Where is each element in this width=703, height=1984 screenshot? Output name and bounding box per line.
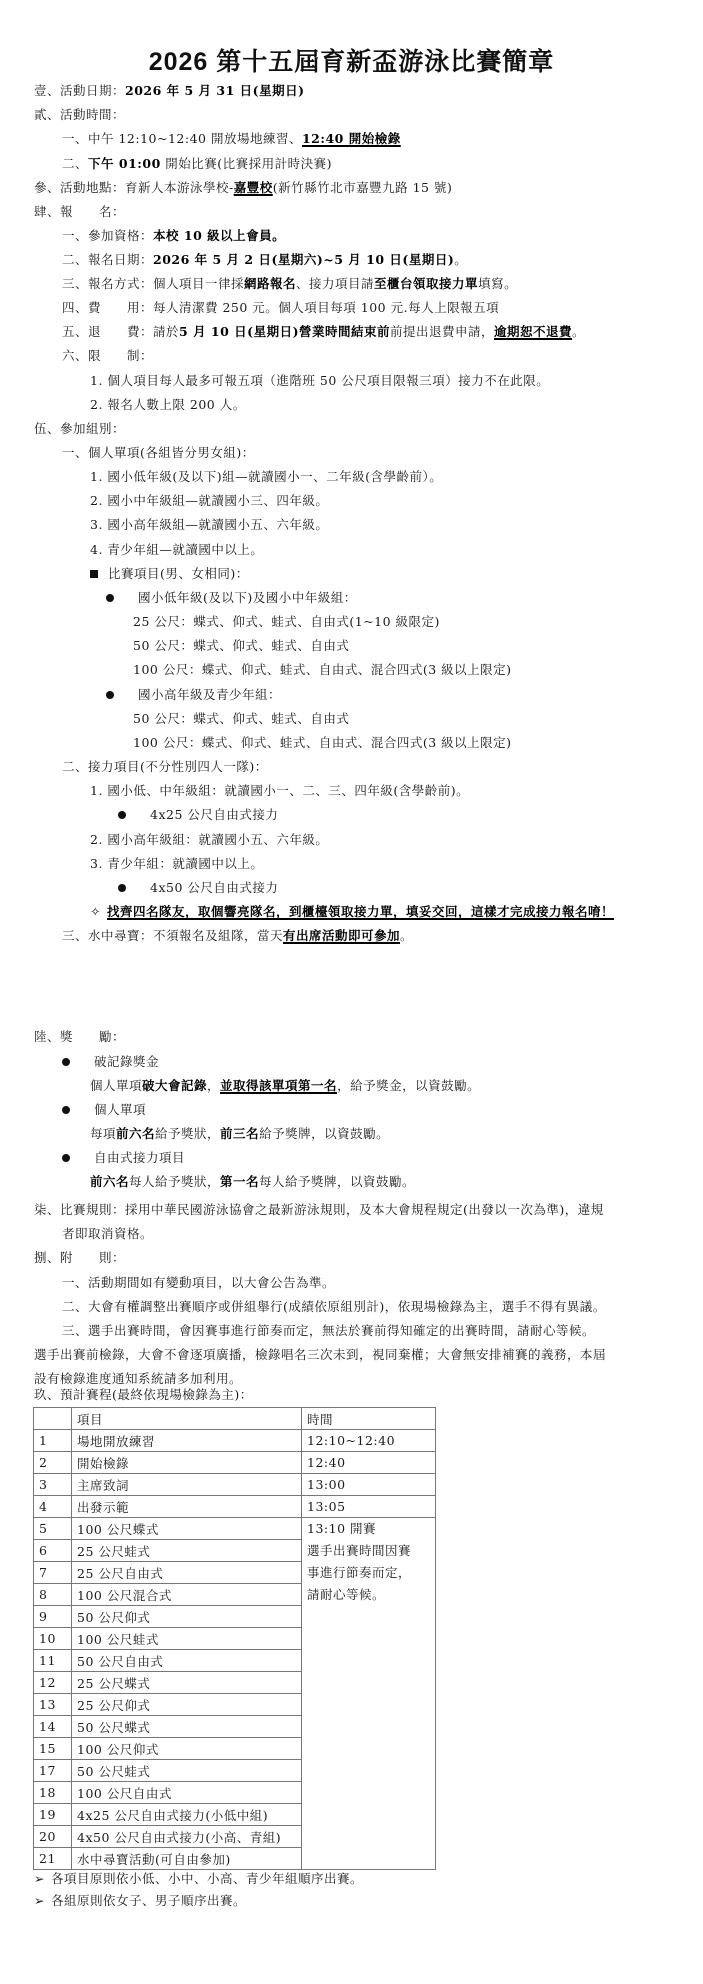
row-no: 14 xyxy=(34,1716,72,1738)
group-4: 4. 青少年組—就讀國中以上。 xyxy=(90,541,263,559)
events-upper-youth-100m: 100 公尺：蝶式、仰式、蛙式、自由式、混合四式(3 級以上限定) xyxy=(133,734,512,752)
events-upper-youth-50m: 50 公尺：蝶式、仰式、蛙式、自由式 xyxy=(133,710,349,728)
row-item: 50 公尺仰式 xyxy=(72,1606,302,1628)
schedule-footnote-2-text: 各組原則依女子、男子順序出賽。 xyxy=(51,1893,246,1908)
row-item: 4x25 公尺自由式接力(小低中組) xyxy=(72,1804,302,1826)
reg-method-mid: 、接力項目請 xyxy=(296,276,374,291)
reg-method-counter: 至櫃台領取接力單 xyxy=(374,276,478,291)
row-item: 25 公尺蛙式 xyxy=(72,1540,302,1562)
row-no: 20 xyxy=(34,1826,72,1848)
row-item: 25 公尺仰式 xyxy=(72,1694,302,1716)
row-no: 21 xyxy=(34,1848,72,1870)
award-record-desc: 個人單項破大會記錄，並取得該單項第一名，給予獎金，以資鼓勵。 xyxy=(90,1077,480,1095)
bullet-icon xyxy=(106,594,114,602)
award-text: 給予獎牌，以資鼓勵。 xyxy=(259,1126,389,1141)
table-row: 4出發示範13:05 xyxy=(34,1496,436,1518)
award-emphasis: 並取得該單項第一名 xyxy=(220,1078,337,1093)
time-item-1-text: 一、中午 12:10~12:40 開放場地練習、 xyxy=(62,131,302,146)
row-no: 1 xyxy=(34,1430,72,1452)
row-item: 水中尋寶活動(可自由參加) xyxy=(72,1848,302,1870)
rules-line-1: 柒、比賽規則：採用中華民國游泳協會之最新游泳規則，及本大會規程規定(出發以一次為… xyxy=(34,1201,604,1219)
treasure-hunt: 三、水中尋寶：不須報名及組隊，當天有出席活動即可參加。 xyxy=(62,927,413,945)
events-upper-youth: 國小高年級及青少年組： xyxy=(106,686,281,704)
relay-note: ✧找齊四名隊友，取個響亮隊名，到櫃檯領取接力單，填妥交回，這樣才完成接力報名唷！ xyxy=(90,903,614,921)
appendix-1: 一、活動期間如有變動項目，以大會公告為準。 xyxy=(62,1274,335,1292)
schedule-footnote-2: ➢各組原則依女子、男子順序出賽。 xyxy=(34,1892,246,1910)
relay-group-3-event: 4x50 公尺自由式接力 xyxy=(118,879,278,897)
bullet-icon xyxy=(62,1154,70,1162)
rules-line-2: 者即取消資格。 xyxy=(62,1225,153,1243)
award-record-label: 破記錄獎金 xyxy=(94,1054,159,1069)
venue-branch: 嘉豐校 xyxy=(234,180,273,195)
row-no: 2 xyxy=(34,1452,72,1474)
row-time: 12:40 xyxy=(302,1452,436,1474)
row-item: 50 公尺蝶式 xyxy=(72,1716,302,1738)
time-item-1-emphasis: 12:40 開始檢錄 xyxy=(302,131,401,146)
relay-group-3: 3. 青少年組：就讀國中以上。 xyxy=(90,855,263,873)
relay-group-1-event-text: 4x25 公尺自由式接力 xyxy=(150,807,278,822)
arrow-bullet-icon: ➢ xyxy=(34,1871,45,1886)
punct: 。 xyxy=(400,928,413,943)
reg-eligibility-label: 一、參加資格： xyxy=(62,228,153,243)
row-no: 6 xyxy=(34,1540,72,1562)
section-venue: 參、活動地點：育新人本游泳學校-嘉豐校(新竹縣竹北市嘉豐九路 15 號) xyxy=(34,179,452,197)
row-time: 13:05 xyxy=(302,1496,436,1518)
bullet-icon xyxy=(118,884,126,892)
table-row: 2開始檢錄12:40 xyxy=(34,1452,436,1474)
award-individual-desc: 每項前六名給予獎狀，前三名給予獎牌，以資鼓勵。 xyxy=(90,1125,389,1143)
row-no: 15 xyxy=(34,1738,72,1760)
row-item: 100 公尺自由式 xyxy=(72,1782,302,1804)
row-item: 4x50 公尺自由式接力(小高、青組) xyxy=(72,1826,302,1848)
time-item-2: 二、下午 01:00 開始比賽(比賽採用計時決賽) xyxy=(62,155,332,173)
table-row: 3主席致詞13:00 xyxy=(34,1474,436,1496)
venue-label: 參、活動地點：育新人本游泳學校- xyxy=(34,180,234,195)
treasure-hunt-label: 三、水中尋寶：不須報名及組隊，當天 xyxy=(62,928,283,943)
relay-group-2: 2. 國小高年級組：就讀國小五、六年級。 xyxy=(90,831,328,849)
award-text: ，給予獎金，以資鼓勵。 xyxy=(337,1078,480,1093)
time-item-1: 一、中午 12:10~12:40 開放場地練習、12:40 開始檢錄 xyxy=(62,130,401,148)
venue-address: (新竹縣竹北市嘉豐九路 15 號) xyxy=(273,180,453,195)
individual-events-label: 一、個人單項(各組皆分男女組)： xyxy=(62,444,255,462)
reg-dates-value: 2026 年 5 月 2 日(星期六)~5 月 10 日(星期日) xyxy=(153,252,454,267)
section-awards-label: 陸、獎 勵： xyxy=(34,1028,125,1046)
row-item: 50 公尺蛙式 xyxy=(72,1760,302,1782)
reg-dates: 二、報名日期：2026 年 5 月 2 日(星期六)~5 月 10 日(星期日)… xyxy=(62,251,467,269)
reg-eligibility-value: 本校 10 級以上會員。 xyxy=(153,228,285,243)
row-no: 5 xyxy=(34,1518,72,1540)
appendix-4a: 選手出賽前檢錄，大會不會逐項廣播，檢錄唱名三次未到，視同棄權；大會無安排補賽的義… xyxy=(34,1346,606,1364)
events-heading-text: 比賽項目(男、女相同)： xyxy=(108,566,249,581)
square-bullet-icon xyxy=(90,570,98,578)
arrow-bullet-icon: ➢ xyxy=(34,1893,45,1908)
reg-refund-label: 五、退 費：請於 xyxy=(62,324,179,339)
reg-method-label: 三、報名方式：個人項目一律採 xyxy=(62,276,244,291)
reg-eligibility: 一、參加資格：本校 10 級以上會員。 xyxy=(62,227,285,245)
row-no: 12 xyxy=(34,1672,72,1694)
bullet-icon xyxy=(106,691,114,699)
appendix-3: 三、選手出賽時間，會因賽事進行節奏而定，無法於賽前得知確定的出賽時間，請耐心等候… xyxy=(62,1322,595,1340)
schedule-footnote-1: ➢各項目原則依小低、小中、小高、青少年組順序出賽。 xyxy=(34,1870,363,1888)
table-header-row: 項目 時間 xyxy=(34,1408,436,1430)
wait-note: 選手出賽時間因賽事進行節奏而定，請耐心等候。 xyxy=(307,1540,419,1606)
reg-refund-deadline: 5 月 10 日(星期日)營業時間結束前 xyxy=(179,324,390,339)
bullet-icon xyxy=(62,1106,70,1114)
award-individual: 個人單項 xyxy=(62,1101,146,1119)
row-no: 7 xyxy=(34,1562,72,1584)
row-no: 18 xyxy=(34,1782,72,1804)
schedule-table: 項目 時間 1場地開放練習12:10~12:40 2開始檢錄12:40 3主席致… xyxy=(33,1407,436,1870)
row-no: 19 xyxy=(34,1804,72,1826)
row-time: 13:00 xyxy=(302,1474,436,1496)
row-no: 8 xyxy=(34,1584,72,1606)
relay-group-3-event-text: 4x50 公尺自由式接力 xyxy=(150,880,278,895)
relay-group-1: 1. 國小低、中年級組：就讀國小一、二、三、四年級(含學齡前)。 xyxy=(90,782,469,800)
row-no: 11 xyxy=(34,1650,72,1672)
events-lower-mid-50m: 50 公尺：蝶式、仰式、蛙式、自由式 xyxy=(133,637,349,655)
events-lower-mid-label: 國小低年級(及以下)及國小中年級組： xyxy=(138,590,357,605)
reg-limit-2: 2. 報名人數上限 200 人。 xyxy=(90,396,246,414)
row-item: 開始檢錄 xyxy=(72,1452,302,1474)
reg-limit-1: 1. 個人項目每人最多可報五項（進階班 50 公尺項目限報三項）接力不在此限。 xyxy=(90,372,549,390)
reg-refund-mid: 前提出退費申請， xyxy=(390,324,494,339)
punct: 。 xyxy=(454,252,467,267)
treasure-hunt-emphasis: 有出席活動即可參加 xyxy=(283,928,400,943)
award-emphasis: 破大會記錄 xyxy=(142,1078,207,1093)
merged-time-note: 13:10 開賽 選手出賽時間因賽事進行節奏而定，請耐心等候。 xyxy=(302,1518,436,1870)
reg-limits-label: 六、限 制： xyxy=(62,347,153,365)
section-registration-label: 肆、報 名： xyxy=(34,203,125,221)
award-text: 每人給予獎狀， xyxy=(129,1174,220,1189)
reg-method-online: 網路報名 xyxy=(244,276,296,291)
bullet-icon xyxy=(118,811,126,819)
award-relay: 自由式接力項目 xyxy=(62,1149,185,1167)
header-item: 項目 xyxy=(72,1408,302,1430)
header-time: 時間 xyxy=(302,1408,436,1430)
row-item: 出發示範 xyxy=(72,1496,302,1518)
row-no: 4 xyxy=(34,1496,72,1518)
award-text: ， xyxy=(207,1078,220,1093)
page-title: 2026 第十五屆育新盃游泳比賽簡章 xyxy=(0,42,703,78)
section-appendix-label: 捌、附 則： xyxy=(34,1249,125,1267)
schedule-footnote-1-text: 各項目原則依小低、小中、小高、青少年組順序出賽。 xyxy=(51,1871,363,1886)
events-heading: 比賽項目(男、女相同)： xyxy=(90,565,249,583)
reg-dates-label: 二、報名日期： xyxy=(62,252,153,267)
row-time: 12:10~12:40 xyxy=(302,1430,436,1452)
row-item: 100 公尺混合式 xyxy=(72,1584,302,1606)
row-no: 17 xyxy=(34,1760,72,1782)
row-item: 100 公尺仰式 xyxy=(72,1738,302,1760)
group-1: 1. 國小低年級(及以下)組—就讀國小一、二年級(含學齡前）。 xyxy=(90,468,442,486)
row-item: 50 公尺自由式 xyxy=(72,1650,302,1672)
header-no xyxy=(34,1408,72,1430)
reg-refund-warning: 逾期恕不退費 xyxy=(494,324,572,339)
award-emphasis: 前六名 xyxy=(90,1174,129,1189)
award-text: 給予獎狀， xyxy=(155,1126,220,1141)
events-lower-mid-25m: 25 公尺：蝶式、仰式、蛙式、自由式(1~10 級限定) xyxy=(133,613,440,631)
award-individual-label: 個人單項 xyxy=(94,1102,146,1117)
award-text: 個人單項 xyxy=(90,1078,142,1093)
row-no: 3 xyxy=(34,1474,72,1496)
row-item: 25 公尺自由式 xyxy=(72,1562,302,1584)
row-item: 場地開放練習 xyxy=(72,1430,302,1452)
punct: 。 xyxy=(572,324,585,339)
section-time-label: 貳、活動時間： xyxy=(34,106,125,124)
row-item: 100 公尺蛙式 xyxy=(72,1628,302,1650)
time-item-2-prefix: 二、 xyxy=(62,156,88,171)
section-groups-label: 伍、參加組別： xyxy=(34,420,125,438)
section-date-value: 2026 年 5 月 31 日(星期日) xyxy=(125,83,304,98)
bullet-icon xyxy=(62,1058,70,1066)
group-2: 2. 國小中年級組—就讀國小三、四年級。 xyxy=(90,492,328,510)
award-text: 每人給予獎牌，以資鼓勵。 xyxy=(259,1174,415,1189)
reg-refund: 五、退 費：請於5 月 10 日(星期日)營業時間結束前前提出退費申請，逾期恕不… xyxy=(62,323,585,341)
events-lower-mid-100m: 100 公尺：蝶式、仰式、蛙式、自由式、混合四式(3 級以上限定) xyxy=(133,661,512,679)
reg-method-post: 填寫。 xyxy=(478,276,517,291)
section-date-label: 壹、活動日期： xyxy=(34,83,125,98)
relay-group-1-event: 4x25 公尺自由式接力 xyxy=(118,806,278,824)
start-time: 13:10 開賽 xyxy=(307,1518,431,1540)
events-upper-youth-label: 國小高年級及青少年組： xyxy=(138,687,281,702)
award-emphasis: 前六名 xyxy=(116,1126,155,1141)
award-record: 破記錄獎金 xyxy=(62,1053,159,1071)
award-emphasis: 第一名 xyxy=(220,1174,259,1189)
award-relay-desc: 前六名每人給予獎狀，第一名每人給予獎牌，以資鼓勵。 xyxy=(90,1173,415,1191)
row-no: 13 xyxy=(34,1694,72,1716)
sparkle-icon: ✧ xyxy=(90,904,101,919)
row-no: 9 xyxy=(34,1606,72,1628)
row-item: 主席致詞 xyxy=(72,1474,302,1496)
section-date: 壹、活動日期：2026 年 5 月 31 日(星期日) xyxy=(34,82,305,100)
award-relay-label: 自由式接力項目 xyxy=(94,1150,185,1165)
row-no: 10 xyxy=(34,1628,72,1650)
award-emphasis: 前三名 xyxy=(220,1126,259,1141)
award-text: 每項 xyxy=(90,1126,116,1141)
events-lower-mid: 國小低年級(及以下)及國小中年級組： xyxy=(106,589,357,607)
reg-fee: 四、費 用：每人清潔費 250 元。個人項目每項 100 元.每人上限報五項 xyxy=(62,299,499,317)
appendix-2: 二、大會有權調整出賽順序或併組舉行(成績依原組別計)，依現場檢錄為主，選手不得有… xyxy=(62,1298,606,1316)
table-row: 5100 公尺蝶式 13:10 開賽 選手出賽時間因賽事進行節奏而定，請耐心等候… xyxy=(34,1518,436,1540)
table-row: 1場地開放練習12:10~12:40 xyxy=(34,1430,436,1452)
reg-method: 三、報名方式：個人項目一律採網路報名、接力項目請至櫃台領取接力單填寫。 xyxy=(62,275,517,293)
row-item: 100 公尺蝶式 xyxy=(72,1518,302,1540)
row-item: 25 公尺蝶式 xyxy=(72,1672,302,1694)
time-item-2-text: 開始比賽(比賽採用計時決賽) xyxy=(161,156,332,171)
group-3: 3. 國小高年級組—就讀國小五、六年級。 xyxy=(90,516,328,534)
relay-events-label: 二、接力項目(不分性別四人一隊)： xyxy=(62,758,268,776)
time-item-2-emphasis: 下午 01:00 xyxy=(88,156,161,171)
relay-note-text: 找齊四名隊友，取個響亮隊名，到櫃檯領取接力單，填妥交回，這樣才完成接力報名唷！ xyxy=(107,904,614,919)
section-schedule-label: 玖、預計賽程(最終依現場檢錄為主)： xyxy=(34,1386,253,1404)
